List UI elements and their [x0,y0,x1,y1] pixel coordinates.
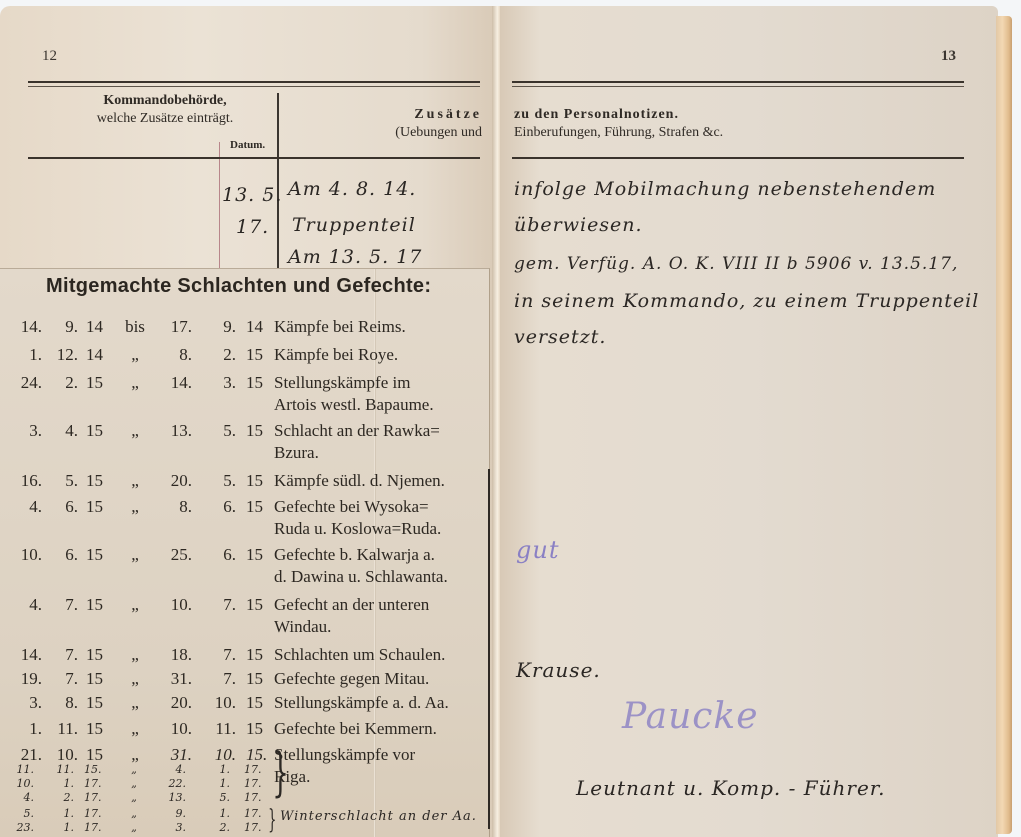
start-month: 5. [46,471,78,491]
battle-description: Kämpfe bei Reims. [274,317,486,337]
start-year: 14 [86,345,112,365]
battle-row: 4. 7. 15 „ 10. 7. 15 Gefecht an der unte… [0,595,490,641]
signature-stamp: Paucke [622,696,759,737]
range-separator: „ [120,373,150,393]
battle-description: Kämpfe bei Roye. [274,345,486,365]
header-top-rule-thin [28,86,480,87]
end-day: 8. [154,345,192,365]
start-month: 2. [46,791,74,804]
start-year: 15 [86,719,112,739]
end-month: 9. [200,317,236,337]
start-day: 3. [8,421,42,441]
page-number-left: 12 [42,48,57,65]
battle-description: Gefechte bei Kemmern. [274,719,486,739]
start-month: 8. [46,693,78,713]
end-month: 2. [196,821,230,834]
range-separator: „ [120,791,148,804]
battle-description-cont: Bzura. [274,443,486,463]
battle-description: Schlachten um Schaulen. [274,645,486,665]
battle-description: Stellungskämpfe a. d. Aa. [274,693,486,713]
header-command-line1: Kommandobehörde, [103,93,226,108]
start-month: 11. [46,719,78,739]
end-year: 17. [244,791,268,804]
range-separator: „ [120,821,148,834]
start-day: 3. [8,693,42,713]
header-personal-line2: Einberufungen, Führung, Strafen &c. [514,125,723,140]
signature-name: Krause. [516,658,601,682]
entry-date-day-month: 13. 5. [222,184,282,206]
end-year: 15 [246,421,270,441]
start-month: 7. [46,595,78,615]
end-month: 5. [196,791,230,804]
end-month: 7. [200,669,236,689]
start-month: 12. [46,345,78,365]
range-separator: „ [120,777,148,790]
header-personal-notes: zu den Personalnotizen. Einberufungen, F… [514,106,723,142]
end-year: 17. [244,763,268,776]
start-day: 14. [8,317,42,337]
end-year: 15 [246,345,270,365]
end-day: 14. [154,373,192,393]
end-year: 15 [246,669,270,689]
start-month: 6. [46,497,78,517]
end-month: 6. [200,497,236,517]
battle-row: 4. 6. 15 „ 8. 6. 15 Gefechte bei Wysoka=… [0,497,490,543]
end-day: 31. [154,745,192,765]
end-day: 22. [150,777,186,790]
end-day: 17. [154,317,192,337]
header-command-authority: Kommandobehörde, welche Zusätze einträgt… [80,92,250,128]
battle-description: Gefecht an der unteren [274,595,486,615]
entry-text-line1: Am 4. 8. 14. [288,178,416,200]
battle-row: 10. 6. 15 „ 25. 6. 15 Gefechte b. Kalwar… [0,545,490,591]
start-day: 5. [4,807,34,820]
end-month: 10. [200,693,236,713]
end-day: 4. [150,763,186,776]
start-year: 15 [86,471,112,491]
start-year: 17. [84,777,110,790]
battle-row: 3. 8. 15 „ 20. 10. 15 Stellungskämpfe a.… [0,693,490,717]
header-additions-line1: Zusätze [414,107,482,122]
end-year: 15 [246,471,270,491]
start-month: 1. [46,777,74,790]
start-month: 10. [46,745,78,765]
start-day: 14. [8,645,42,665]
battle-row: 19. 7. 15 „ 31. 7. 15 Gefechte gegen Mit… [0,669,490,693]
start-year: 15 [86,497,112,517]
end-month: 5. [200,421,236,441]
page-number-right: 13 [941,48,956,65]
start-month: 2. [46,373,78,393]
start-day: 4. [4,791,34,804]
header-date: Datum. [230,136,265,154]
end-year: 15 [246,545,270,565]
end-day: 20. [154,471,192,491]
battle-row: 1. 11. 15 „ 10. 11. 15 Gefechte bei Kemm… [0,719,490,743]
start-day: 23. [4,821,34,834]
start-day: 1. [8,345,42,365]
battle-description: Gefechte gegen Mitau. [274,669,486,689]
entry-text-line3: Am 13. 5. 17 [288,246,422,268]
handwritten-row: 11. 11. 15. „ 4. 1. 17. [0,763,280,777]
battle-description: Stellungskämpfe im [274,373,486,393]
end-month: 5. [200,471,236,491]
battle-description: Gefechte b. Kalwarja a. [274,545,486,565]
range-separator: „ [120,471,150,491]
page-edges [996,16,1012,834]
start-day: 19. [8,669,42,689]
end-day: 18. [154,645,192,665]
battle-row: 24. 2. 15 „ 14. 3. 15 Stellungskämpfe im… [0,373,490,419]
range-separator: „ [120,745,150,765]
open-military-passbook: 12 Kommandobehörde, welche Zusätze eintr… [0,6,1021,837]
battle-row: 14. 7. 15 „ 18. 7. 15 Schlachten um Scha… [0,645,490,669]
header-bottom-rule [512,157,964,159]
end-year: 17. [244,821,268,834]
header-personal-line1: zu den Personalnotizen. [514,107,679,122]
range-separator: „ [120,497,150,517]
header-command-line2: welche Zusätze einträgt. [97,111,233,126]
start-month: 11. [46,763,74,776]
end-month: 3. [200,373,236,393]
start-day: 16. [8,471,42,491]
start-day: 1. [8,719,42,739]
entry-date-year: 17. [236,216,269,238]
header-additions-line2: (Uebungen und [395,125,482,140]
start-day: 4. [8,595,42,615]
end-month: 1. [196,777,230,790]
header-top-rule [512,81,964,83]
end-day: 3. [150,821,186,834]
battle-description: Gefechte bei Wysoka= [274,497,486,517]
start-month: 4. [46,421,78,441]
range-separator: „ [120,421,150,441]
battle-row: 3. 4. 15 „ 13. 5. 15 Schlacht an der Raw… [0,421,490,467]
header-top-rule [28,81,480,83]
entry-line-5: versetzt. [514,326,606,348]
range-separator: bis [120,317,150,337]
end-month: 2. [200,345,236,365]
end-year: 15 [246,719,270,739]
start-year: 15 [86,595,112,615]
start-month: 9. [46,317,78,337]
start-year: 17. [84,807,110,820]
start-month: 7. [46,669,78,689]
start-year: 15 [86,745,112,765]
entry-line-3: gem. Verfüg. A. O. K. VIII II b 5906 v. … [514,254,958,274]
start-month: 1. [46,821,74,834]
start-day: 10. [8,545,42,565]
start-year: 15 [86,421,112,441]
range-separator: „ [120,719,150,739]
header-bottom-rule [28,157,480,159]
end-day: 10. [154,595,192,615]
battle-row: 14. 9. 14 bis 17. 9. 14 Kämpfe bei Reims… [0,317,490,341]
end-year: 15 [246,497,270,517]
start-day: 4. [8,497,42,517]
start-day: 24. [8,373,42,393]
start-year: 15 [86,373,112,393]
end-day: 10. [154,719,192,739]
handwritten-row: 5. 1. 17. „ 9. 1. 17. [0,807,280,821]
battle-description-cont: Riga. [274,767,486,787]
battle-description: Stellungskämpfe vor [274,745,486,765]
column-divider [277,93,279,268]
battle-description: Schlacht an der Rawka= [274,421,486,441]
battles-slip: Mitgemachte Schlachten und Gefechte: 14.… [0,268,490,837]
end-month: 7. [200,595,236,615]
winter-battle-note: Winterschlacht an der Aa. [280,809,477,824]
end-month: 7. [200,645,236,665]
side-note-bracket [476,469,490,829]
range-separator: „ [120,693,150,713]
end-year: 17. [244,777,268,790]
start-day: 10. [4,777,34,790]
end-day: 25. [154,545,192,565]
end-year: 15 [246,693,270,713]
entry-line-2: überwiesen. [514,214,643,236]
range-separator: „ [120,645,150,665]
range-separator: „ [120,669,150,689]
start-day: 21. [8,745,42,765]
start-year: 14 [86,317,112,337]
handwritten-row: 23. 1. 17. „ 3. 2. 17. [0,821,280,835]
battle-row: 16. 5. 15 „ 20. 5. 15 Kämpfe südl. d. Nj… [0,471,490,495]
header-additions: Zusätze (Uebungen und [300,106,482,142]
signature-title: Leutnant u. Komp. - Führer. [576,776,886,800]
end-day: 8. [154,497,192,517]
start-year: 15. [84,763,110,776]
end-year: 15 [246,373,270,393]
start-day: 11. [4,763,34,776]
start-year: 17. [84,791,110,804]
end-year: 14 [246,317,270,337]
range-separator: „ [120,807,148,820]
end-year: 15 [246,645,270,665]
end-day: 13. [154,421,192,441]
handwritten-row: 4. 2. 17. „ 13. 5. 17. [0,791,280,805]
end-month: 11. [200,719,236,739]
end-day: 31. [154,669,192,689]
end-month: 1. [196,763,230,776]
battle-description-cont: Windau. [274,617,486,637]
end-month: 10. [200,745,236,765]
battle-description-cont: Artois westl. Bapaume. [274,395,486,415]
start-year: 15 [86,545,112,565]
end-month: 6. [200,545,236,565]
right-page: 13 zu den Personalnotizen. Einberufungen… [500,6,998,837]
brace-winter: } [268,805,276,835]
start-month: 7. [46,645,78,665]
entry-line-4: in seinem Kommando, zu einem Truppenteil [514,290,979,312]
start-year: 15 [86,669,112,689]
header-top-rule-thin [512,86,964,87]
end-day: 9. [150,807,186,820]
handwritten-row: 10. 1. 17. „ 22. 1. 17. [0,777,280,791]
battles-title: Mitgemachte Schlachten und Gefechte: [46,275,431,298]
start-year: 15 [86,645,112,665]
end-year: 15. [246,745,270,765]
battle-row: 1. 12. 14 „ 8. 2. 15 Kämpfe bei Roye. [0,345,490,369]
start-year: 17. [84,821,110,834]
brace-riga: } [272,743,289,803]
entry-text-line2: Truppenteil [292,214,416,236]
battle-description-cont: d. Dawina u. Schlawanta. [274,567,486,587]
date-column-line [219,142,220,268]
end-month: 1. [196,807,230,820]
start-month: 1. [46,807,74,820]
battle-description-cont: Ruda u. Koslowa=Ruda. [274,519,486,539]
start-year: 15 [86,693,112,713]
end-year: 17. [244,807,268,820]
range-separator: „ [120,595,150,615]
start-month: 6. [46,545,78,565]
approval-note: gut [516,536,559,564]
range-separator: „ [120,763,148,776]
range-separator: „ [120,545,150,565]
range-separator: „ [120,345,150,365]
end-year: 15 [246,595,270,615]
battle-description: Kämpfe südl. d. Njemen. [274,471,486,491]
end-day: 20. [154,693,192,713]
entry-line-1: infolge Mobilmachung nebenstehendem [514,178,936,200]
end-day: 13. [150,791,186,804]
